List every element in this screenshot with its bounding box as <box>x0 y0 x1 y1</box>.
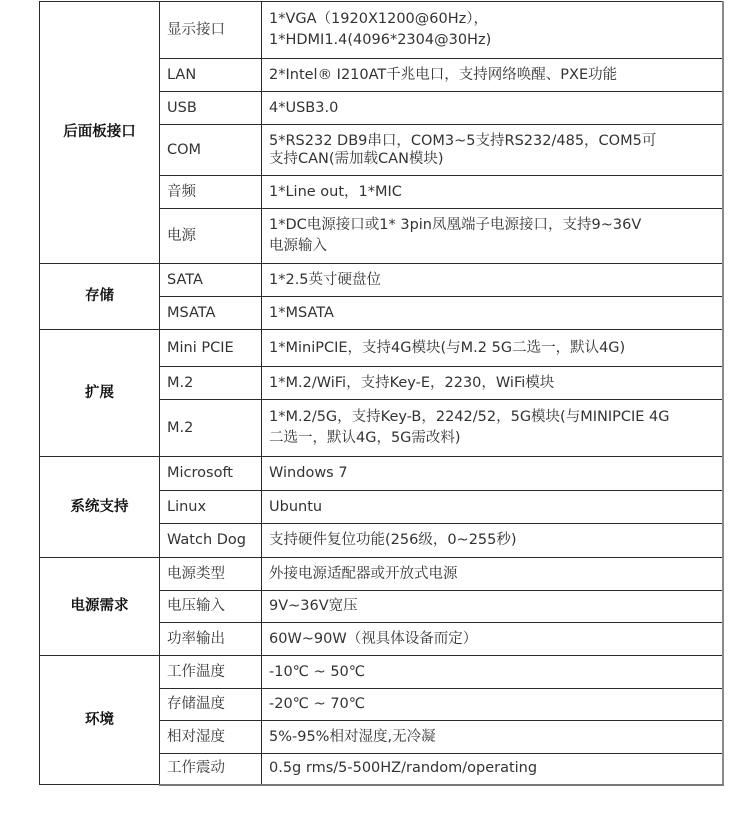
spec-value: 60W~90W（视具体设备而定） <box>262 623 723 656</box>
spec-value: 9V~36V宽压 <box>262 591 723 623</box>
value-line: 支持CAN(需加载CAN模块) <box>269 150 715 168</box>
spec-key: 显示接口 <box>160 2 262 59</box>
spec-key: 相对湿度 <box>160 721 262 754</box>
spec-key: LAN <box>160 59 262 92</box>
spec-value: 4*USB3.0 <box>262 92 723 125</box>
spec-value: 1*MSATA <box>262 297 723 330</box>
table-row: 后面板接口 显示接口 1*VGA（1920X1200@60Hz）， 1*HDMI… <box>40 2 723 59</box>
category-expansion: 扩展 <box>40 330 160 457</box>
value-line: 1*HDMI1.4(4096*2304@30Hz) <box>269 30 715 51</box>
spec-value: 1*M.2/WiFi，支持Key-E，2230，WiFi模块 <box>262 367 723 400</box>
value-line: 1*VGA（1920X1200@60Hz）， <box>269 9 715 30</box>
spec-key: SATA <box>160 264 262 297</box>
table-row: 环境 工作温度 -10℃ ~ 50℃ <box>40 656 723 689</box>
spec-key: 电源类型 <box>160 558 262 591</box>
spec-table: 后面板接口 显示接口 1*VGA（1920X1200@60Hz）， 1*HDMI… <box>39 1 724 786</box>
spec-value: 1*M.2/5G，支持Key-B，2242/52，5G模块(与MINIPCIE … <box>262 400 723 457</box>
spec-value: 外接电源适配器或开放式电源 <box>262 558 723 591</box>
table-row: 系统支持 Microsoft Windows 7 <box>40 457 723 491</box>
spec-value: 1*MiniPCIE，支持4G模块(与M.2 5G二选一，默认4G) <box>262 330 723 367</box>
value-line: 二选一，默认4G，5G需改料) <box>269 428 715 449</box>
spec-value: 支持硬件复位功能(256级，0~255秒) <box>262 524 723 558</box>
spec-value: 1*DC电源接口或1* 3pin凤凰端子电源接口，支持9~36V 电源输入 <box>262 209 723 264</box>
spec-key: Watch Dog <box>160 524 262 558</box>
spec-key: 工作震动 <box>160 754 262 785</box>
spec-value: 5%-95%相对湿度,无冷凝 <box>262 721 723 754</box>
spec-value: Ubuntu <box>262 491 723 524</box>
spec-key: M.2 <box>160 367 262 400</box>
spec-key: Microsoft <box>160 457 262 491</box>
spec-key: Linux <box>160 491 262 524</box>
value-line: 1*DC电源接口或1* 3pin凤凰端子电源接口，支持9~36V <box>269 215 715 236</box>
spec-key: 电压输入 <box>160 591 262 623</box>
spec-value: 1*VGA（1920X1200@60Hz）， 1*HDMI1.4(4096*23… <box>262 2 723 59</box>
spec-value: -20℃ ~ 70℃ <box>262 689 723 721</box>
table-row: 电源需求 电源类型 外接电源适配器或开放式电源 <box>40 558 723 591</box>
spec-key: COM <box>160 125 262 176</box>
spec-key: USB <box>160 92 262 125</box>
category-rear-panel: 后面板接口 <box>40 2 160 264</box>
spec-value: 0.5g rms/5-500HZ/random/operating <box>262 754 723 785</box>
table-row: 存储 SATA 1*2.5英寸硬盘位 <box>40 264 723 297</box>
spec-key: MSATA <box>160 297 262 330</box>
value-line: 5*RS232 DB9串口，COM3~5支持RS232/485，COM5可 <box>269 132 715 150</box>
spec-key: 音频 <box>160 176 262 209</box>
spec-value: 1*Line out，1*MIC <box>262 176 723 209</box>
category-storage: 存储 <box>40 264 160 330</box>
spec-key: 功率输出 <box>160 623 262 656</box>
value-line: 电源输入 <box>269 236 715 257</box>
category-os-support: 系统支持 <box>40 457 160 558</box>
spec-key: M.2 <box>160 400 262 457</box>
spec-key: 工作温度 <box>160 656 262 689</box>
spec-value: Windows 7 <box>262 457 723 491</box>
spec-key: Mini PCIE <box>160 330 262 367</box>
spec-key: 电源 <box>160 209 262 264</box>
spec-value: -10℃ ~ 50℃ <box>262 656 723 689</box>
value-line: 1*M.2/5G，支持Key-B，2242/52，5G模块(与MINIPCIE … <box>269 407 715 428</box>
table-row: 扩展 Mini PCIE 1*MiniPCIE，支持4G模块(与M.2 5G二选… <box>40 330 723 367</box>
spec-value: 2*Intel® I210AT千兆电口，支持网络唤醒、PXE功能 <box>262 59 723 92</box>
category-environment: 环境 <box>40 656 160 785</box>
spec-value: 1*2.5英寸硬盘位 <box>262 264 723 297</box>
spec-key: 存储温度 <box>160 689 262 721</box>
spec-value: 5*RS232 DB9串口，COM3~5支持RS232/485，COM5可 支持… <box>262 125 723 176</box>
category-power-requirements: 电源需求 <box>40 558 160 656</box>
